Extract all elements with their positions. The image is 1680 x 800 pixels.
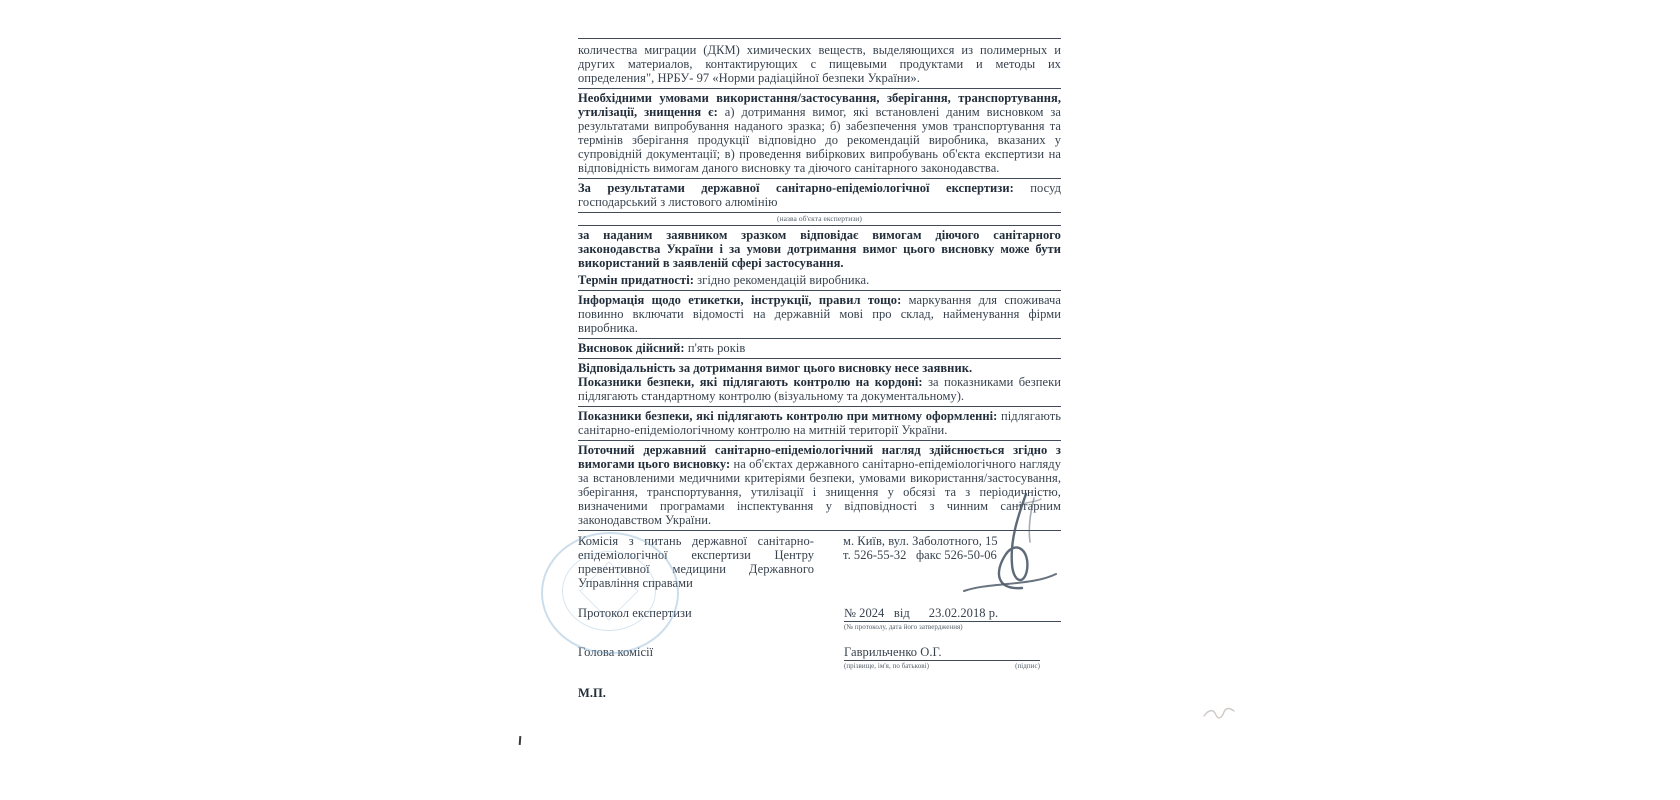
section-labeling: Інформація щодо етикетки, інструкції, пр… — [578, 291, 1061, 339]
committee-address: м. Київ, вул. Заболотного, 15 т. 526-55-… — [843, 534, 1061, 590]
section-usage-conditions: Необхідними умовами використання/застосу… — [578, 89, 1061, 179]
scan-artifact-squiggle — [1202, 702, 1236, 724]
intro-text: количества миграции (ДКМ) химических вещ… — [578, 43, 1061, 85]
section-expertise-result: За результатами державної санітарно-епід… — [578, 179, 1061, 213]
scanned-certificate-page: количества миграции (ДКМ) химических вещ… — [578, 38, 1061, 700]
validity-label: Висновок дійсний: — [578, 341, 685, 355]
section-intro: количества миграции (ДКМ) химических вещ… — [578, 38, 1061, 89]
shelf-life-text: згідно рекомендацій виробника. — [697, 273, 869, 287]
compliance-text: за наданим заявником зразком відповідає … — [578, 228, 1061, 270]
protocol-caption: (№ протоколу, дата його затвердження) — [844, 622, 1061, 632]
chairman-label: Голова комісії — [578, 645, 826, 659]
customs-control-label: Показники безпеки, які підлягають контро… — [578, 409, 997, 423]
chairman-caption: (прізвище, ім'я, по батькові) (підпис) — [844, 661, 1040, 671]
section-shelf-life: Термін придатності: згідно рекомендацій … — [578, 273, 1061, 291]
seal-place-label: М.П. — [578, 686, 1061, 700]
chairman-caption-name: (прізвище, ім'я, по батькові) — [844, 662, 929, 671]
responsibility-text: Відповідальність за дотримання вимог цьо… — [578, 361, 972, 375]
scan-artifact-tick — [519, 736, 522, 745]
protocol-number-field: № 2024 від 23.02.2018 р. — [844, 606, 1061, 622]
validity-text: п'ять років — [688, 341, 745, 355]
committee-address-line2: т. 526-55-32 факс 526-50-06 — [843, 548, 1061, 562]
chairman-name-field: Гаврильченко О.Г. — [844, 645, 1040, 661]
section-ongoing-supervision: Поточний державний санітарно-епідеміолог… — [578, 441, 1061, 531]
chairman-caption-sign: (підпис) — [1015, 662, 1040, 671]
chairman-value-block: Гаврильченко О.Г. (прізвище, ім'я, по ба… — [844, 645, 1061, 671]
protocol-caption-text: (№ протоколу, дата його затвердження) — [844, 623, 963, 632]
protocol-label: Протокол експертизи — [578, 606, 826, 620]
expertise-object-caption: (назва об'єкта експертизи) — [578, 213, 1061, 226]
border-control-label: Показники безпеки, які підлягають контро… — [578, 375, 923, 389]
committee-block: Комісія з питань державної санітарно-епі… — [578, 534, 1061, 590]
labeling-label: Інформація щодо етикетки, інструкції, пр… — [578, 293, 901, 307]
section-customs-control: Показники безпеки, які підлягають контро… — [578, 407, 1061, 441]
section-responsibility-border: Відповідальність за дотримання вимог цьо… — [578, 359, 1061, 407]
expertise-result-label: За результатами державної санітарно-епід… — [578, 181, 1014, 195]
committee-address-line1: м. Київ, вул. Заболотного, 15 — [843, 534, 1061, 548]
committee-name: Комісія з питань державної санітарно-епі… — [578, 534, 814, 590]
shelf-life-label: Термін придатності: — [578, 273, 694, 287]
protocol-value-block: № 2024 від 23.02.2018 р. (№ протоколу, д… — [844, 606, 1061, 632]
protocol-row: Протокол експертизи № 2024 від 23.02.201… — [578, 606, 1061, 632]
section-compliance: за наданим заявником зразком відповідає … — [578, 226, 1061, 273]
chairman-row: Голова комісії Гаврильченко О.Г. (прізви… — [578, 645, 1061, 671]
section-validity: Висновок дійсний: п'ять років — [578, 339, 1061, 359]
